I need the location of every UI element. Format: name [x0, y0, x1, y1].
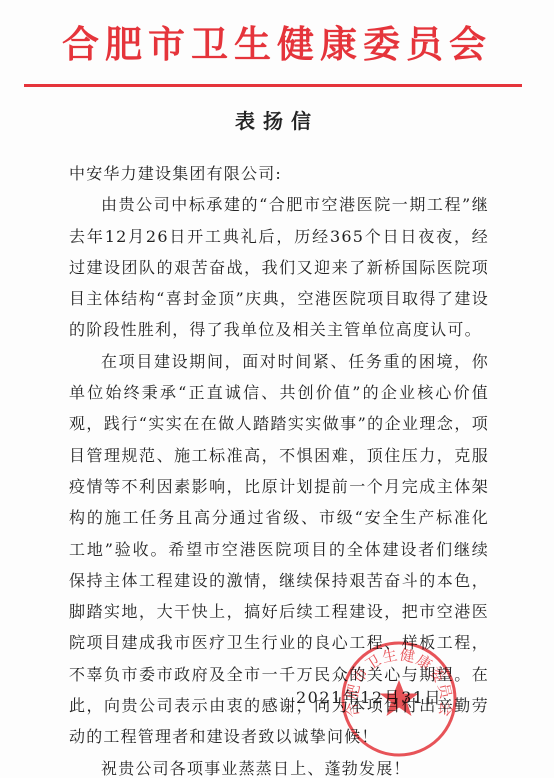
- star-icon: [380, 680, 419, 716]
- organization-letterhead: 合肥市卫生健康委员会: [0, 20, 554, 70]
- document-title: 表扬信: [0, 108, 554, 134]
- paragraph-1: 由贵公司中标承建的“合肥市空港医院一期工程”继去年12月26日开工典礼后，历经3…: [69, 189, 489, 345]
- letterhead-divider: [24, 84, 522, 87]
- document-page: 合肥市卫生健康委员会 表扬信 中安华力建设集团有限公司: 由贵公司中标承建的“合…: [0, 0, 554, 778]
- salutation: 中安华力建设集团有限公司:: [69, 158, 489, 189]
- official-seal: 合肥市卫生健康委员会: [340, 640, 458, 758]
